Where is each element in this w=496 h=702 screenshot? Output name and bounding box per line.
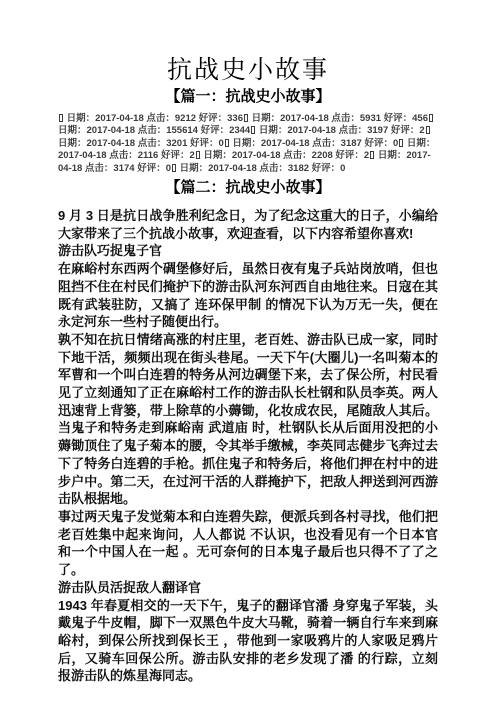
missing-glyph-icon: [196, 151, 200, 159]
missing-glyph-icon: [251, 126, 255, 134]
missing-glyph-icon: [429, 114, 433, 122]
missing-glyph-icon: [399, 139, 403, 147]
missing-glyph-icon: [244, 114, 248, 122]
story-paragraph: 1943 年春夏相交的一天下午，鬼子的翻译官潘 身穿鬼子军装，头戴鬼子牛皮帽，脚…: [58, 597, 438, 686]
story-subheading: 游击队员活捉敌人翻译官: [58, 579, 438, 597]
story-paragraph: 事过两天鬼子发觉菊本和白连碧失踪，便派兵到各村寻找，他们把老百姓集中起来询问，人…: [58, 508, 438, 579]
story-paragraph: 在麻峪村东西两个碉堡修好后，虽然日夜有鬼子兵站岗放哨，但也阻挡不住在村民们掩护下…: [58, 260, 438, 331]
missing-glyph-icon: [172, 164, 176, 172]
story-paragraph: 孰不知在抗日情绪高涨的村庄里，老百姓、游击队已成一家，同时下地干活，频频出现在街…: [58, 331, 438, 508]
missing-glyph-icon: [426, 126, 430, 134]
missing-glyph-icon: [225, 139, 229, 147]
missing-glyph-icon: [370, 151, 374, 159]
page-title: 抗战史小故事: [58, 56, 438, 86]
article-body: 9 月 3 日是抗日战争胜利纪念日，为了纪念这重大的日子，小编给大家带来了三个抗…: [58, 207, 438, 685]
article-stats: 日期：2017-04-18 点击：9212 好评：336 日期：2017-04-…: [58, 113, 438, 175]
story-subheading: 游击队巧捉鬼子官: [58, 242, 438, 260]
section2-heading: 【篇二：抗战史小故事】: [58, 179, 438, 198]
section1-heading: 【篇一：抗战史小故事】: [58, 88, 438, 107]
document-content: 抗战史小故事 【篇一：抗战史小故事】 日期：2017-04-18 点击：9212…: [58, 0, 438, 685]
missing-glyph-icon: [59, 114, 63, 122]
document-page: 抗战史小故事 【篇一：抗战史小故事】 日期：2017-04-18 点击：9212…: [0, 0, 496, 702]
story-paragraph: 9 月 3 日是抗日战争胜利纪念日，为了纪念这重大的日子，小编给大家带来了三个抗…: [58, 207, 438, 242]
